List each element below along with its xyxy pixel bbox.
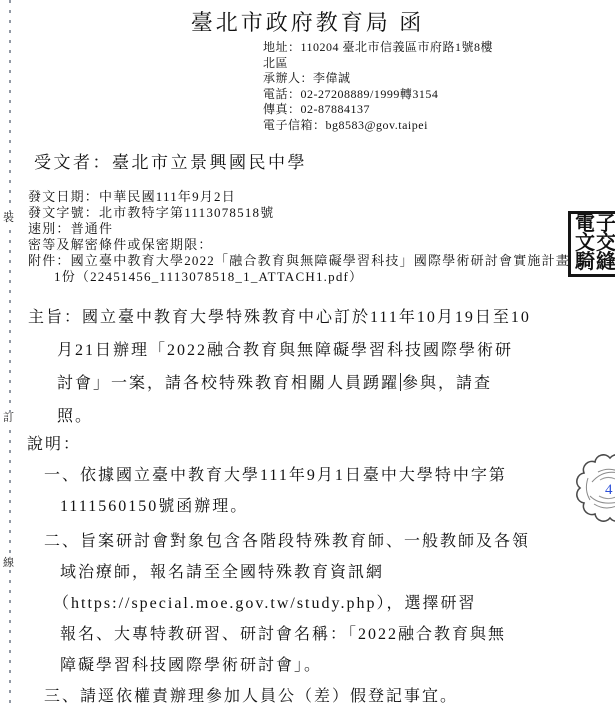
sender-info-block: 地址：110204 臺北市信義區市府路1號8樓 北區 承辦人：李偉誠 電話：02… [263,40,493,133]
explanation-item2-line5: 障礙學習科技國際學術研討會」。 [60,650,530,681]
subject-line-3-post: 參與，請查 [402,375,492,392]
subject-block: 主旨：國立臺中教育大學特殊教育中心訂於111年10月19日至10 月21日辦理「… [28,301,531,433]
meta-doc-number: 發文字號：北市教特字第1113078518號 [28,205,570,221]
explanation-item1-line2: 1111560150號函辦理。 [60,491,530,522]
explanation-block: 說明： 一、依據國立臺中教育大學111年9月1日臺中大學特中字第 1111560… [27,429,530,710]
binding-char-ding: 訂 [2,412,15,424]
sender-address-line2: 北區 [263,56,493,72]
explanation-item2-line4: 報名、大專特教研習、研討會名稱：「2022融合教育與無 [60,619,530,650]
meta-attachment-line2: 1份（22451456_1113078518_1_ATTACH1.pdf） [54,269,570,285]
binding-char-zhuang: 裝 [2,212,15,224]
meta-speed: 速別：普通件 [28,221,570,237]
flower-seal-number: 4 [605,482,613,498]
binding-dashed-line [9,0,11,710]
meta-attachment-line1: 附件：國立臺中教育大學2022「融合教育與無障礙學習科技」國際學術研討會實施計畫 [28,253,570,269]
text-cursor [400,373,401,391]
sender-email: 電子信箱：bg8583@gov.taipei [263,118,493,134]
sender-address-line1: 地址：110204 臺北市信義區市府路1號8樓 [263,40,493,56]
official-letter-page: 裝 訂 線 臺北市政府教育局 函 地址：110204 臺北市信義區市府路1號8樓… [0,0,615,710]
flower-seal-stamp: 4 [574,452,615,524]
subject-line-3-pre: 討會」一案，請各校特殊教育相關人員踴躍 [57,375,399,392]
explanation-item2-line3: （https://special.moe.gov.tw/study.php），選… [53,588,530,619]
meta-issue-date: 發文日期：中華民國111年9月2日 [28,189,570,205]
recipient-line: 受文者：臺北市立景興國民中學 [34,148,307,173]
flower-seal-icon: 4 [574,452,615,524]
page-title: 臺北市政府教育局 函 [0,6,615,37]
sender-phone: 電話：02-27208889/1999轉3154 [263,87,493,103]
binding-char-xian: 線 [2,557,15,569]
subject-line-2: 月21日辦理「2022融合教育與無障礙學習科技國際學術研 [57,334,531,367]
subject-line-3: 討會」一案，請各校特殊教育相關人員踴躍參與，請查 [57,367,531,400]
explanation-item3-line1: 三、請逕依權責辦理參加人員公（差）假登記事宜。 [44,681,530,710]
explanation-label: 說明： [27,429,530,460]
meta-security: 密等及解密條件或保密期限： [28,237,570,253]
exchange-seal-stamp: 電子 文交 騎縫 [568,211,615,277]
explanation-item1-line1: 一、依據國立臺中教育大學111年9月1日臺中大學特中字第 [44,460,530,491]
doc-meta-block: 發文日期：中華民國111年9月2日 發文字號：北市教特字第1113078518號… [28,189,570,284]
subject-line-1: 主旨：國立臺中教育大學特殊教育中心訂於111年10月19日至10 [28,301,531,334]
explanation-item2-line2: 域治療師，報名請至全國特殊教育資訊網 [60,557,530,588]
exchange-seal-row-3: 騎縫 [575,253,615,272]
sender-contact-person: 承辦人：李偉誠 [263,71,493,87]
explanation-item2-line1: 二、旨案研討會對象包含各階段特殊教育師、一般教師及各領 [44,526,530,557]
sender-fax: 傳真：02-87884137 [263,102,493,118]
